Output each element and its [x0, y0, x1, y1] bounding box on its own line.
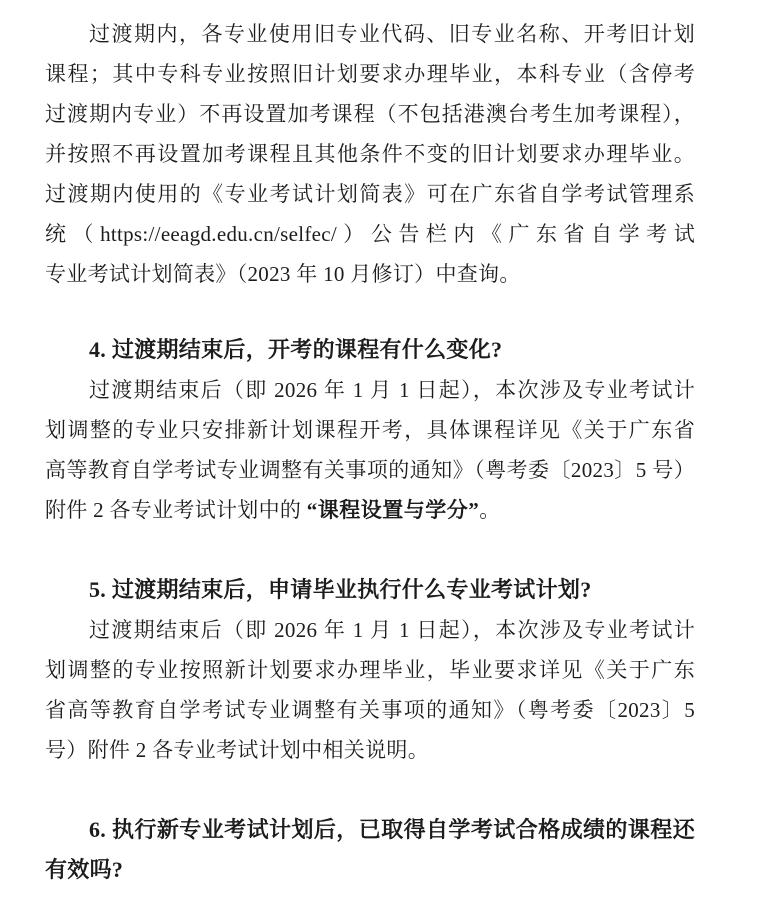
paragraph-line: 专业考试计划简表》（2023 年 10 月修订）中查询。: [45, 254, 695, 294]
paragraph-line: 划调整的专业按照新计划要求办理毕业，毕业要求详见《关于广东: [45, 650, 695, 690]
text-segment: 统（https://eeagd.edu.cn/selfec/）公告栏内《广东省自…: [45, 222, 695, 246]
paragraph-line: 并按照不再设置加考课程且其他条件不变的旧计划要求办理毕业。: [45, 134, 695, 174]
text-segment: 过渡期结束后（即 2026 年 1 月 1 日起），本次涉及专业考试计: [89, 378, 695, 402]
paragraph-line: 附件 2 各专业考试计划中的 “课程设置与学分”。: [45, 490, 695, 530]
question-heading: 4. 过渡期结束后，开考的课程有什么变化?: [45, 330, 695, 370]
section-spacer: [45, 294, 695, 330]
text-segment: 5. 过渡期结束后，申请毕业执行什么专业考试计划?: [89, 577, 592, 602]
text-segment: 过渡期结束后（即 2026 年 1 月 1 日起），本次涉及专业考试计: [89, 618, 695, 642]
text-segment: 过渡期内，各专业使用旧专业代码、旧专业名称、开考旧计划: [89, 22, 695, 46]
text-segment: 过渡期内专业）不再设置加考课程（不包括港澳台考生加考课程），: [45, 102, 695, 126]
section-spacer: [45, 530, 695, 570]
text-segment: 4. 过渡期结束后，开考的课程有什么变化?: [89, 337, 502, 362]
text-segment: 并按照不再设置加考课程且其他条件不变的旧计划要求办理毕业。: [45, 142, 695, 166]
heading-line: 5. 过渡期结束后，申请毕业执行什么专业考试计划?: [45, 570, 695, 610]
text-segment: 过渡期内使用的《专业考试计划简表》可在广东省自学考试管理系: [45, 182, 695, 206]
text-segment: 高等教育自学考试专业调整有关事项的通知》（粤考委〔2023〕5 号）: [45, 458, 695, 482]
text-segment: 划调整的专业只安排新计划课程开考，具体课程详见《关于广东省: [45, 418, 695, 442]
paragraph-line: 过渡期内使用的《专业考试计划简表》可在广东省自学考试管理系: [45, 174, 695, 214]
paragraph-line: 省高等教育自学考试专业调整有关事项的通知》（粤考委〔2023〕5: [45, 690, 695, 730]
heading-line: 4. 过渡期结束后，开考的课程有什么变化?: [45, 330, 695, 370]
document-content: 过渡期内，各专业使用旧专业代码、旧专业名称、开考旧计划课程；其中专科专业按照旧计…: [45, 14, 695, 890]
text-segment: 有效吗?: [45, 857, 123, 882]
paragraph-line: 号）附件 2 各专业考试计划中相关说明。: [45, 730, 695, 770]
bold-emphasis-text: “课程设置与学分”: [307, 498, 480, 522]
paragraph-line: 过渡期内专业）不再设置加考课程（不包括港澳台考生加考课程），: [45, 94, 695, 134]
text-segment: 6. 执行新专业考试计划后，已取得自学考试合格成绩的课程还: [89, 817, 695, 842]
paragraph-line: 统（https://eeagd.edu.cn/selfec/）公告栏内《广东省自…: [45, 214, 695, 254]
paragraph-line: 划调整的专业只安排新计划课程开考，具体课程详见《关于广东省: [45, 410, 695, 450]
paragraph-line: 过渡期结束后（即 2026 年 1 月 1 日起），本次涉及专业考试计: [45, 610, 695, 650]
paragraph-line: 高等教育自学考试专业调整有关事项的通知》（粤考委〔2023〕5 号）: [45, 450, 695, 490]
text-segment: 。: [479, 498, 500, 522]
text-segment: 省高等教育自学考试专业调整有关事项的通知》（粤考委〔2023〕5: [45, 698, 695, 722]
text-segment: 号）附件 2 各专业考试计划中相关说明。: [45, 738, 429, 762]
document-page: 过渡期内，各专业使用旧专业代码、旧专业名称、开考旧计划课程；其中专科专业按照旧计…: [0, 0, 768, 903]
paragraph: 过渡期结束后（即 2026 年 1 月 1 日起），本次涉及专业考试计划调整的专…: [45, 610, 695, 770]
paragraph: 过渡期结束后（即 2026 年 1 月 1 日起），本次涉及专业考试计划调整的专…: [45, 370, 695, 530]
heading-line: 6. 执行新专业考试计划后，已取得自学考试合格成绩的课程还: [45, 810, 695, 850]
paragraph: 过渡期内，各专业使用旧专业代码、旧专业名称、开考旧计划课程；其中专科专业按照旧计…: [45, 14, 695, 294]
text-segment: 专业考试计划简表》（2023 年 10 月修订）中查询。: [45, 262, 521, 286]
text-segment: 课程；其中专科专业按照旧计划要求办理毕业，本科专业（含停考: [45, 62, 695, 86]
paragraph-line: 过渡期结束后（即 2026 年 1 月 1 日起），本次涉及专业考试计: [45, 370, 695, 410]
section-spacer: [45, 770, 695, 810]
paragraph-line: 课程；其中专科专业按照旧计划要求办理毕业，本科专业（含停考: [45, 54, 695, 94]
question-heading: 6. 执行新专业考试计划后，已取得自学考试合格成绩的课程还有效吗?: [45, 810, 695, 890]
paragraph-line: 过渡期内，各专业使用旧专业代码、旧专业名称、开考旧计划: [45, 14, 695, 54]
text-segment: 附件 2 各专业考试计划中的: [45, 498, 307, 522]
heading-line: 有效吗?: [45, 850, 695, 890]
question-heading: 5. 过渡期结束后，申请毕业执行什么专业考试计划?: [45, 570, 695, 610]
text-segment: 划调整的专业按照新计划要求办理毕业，毕业要求详见《关于广东: [45, 658, 695, 682]
